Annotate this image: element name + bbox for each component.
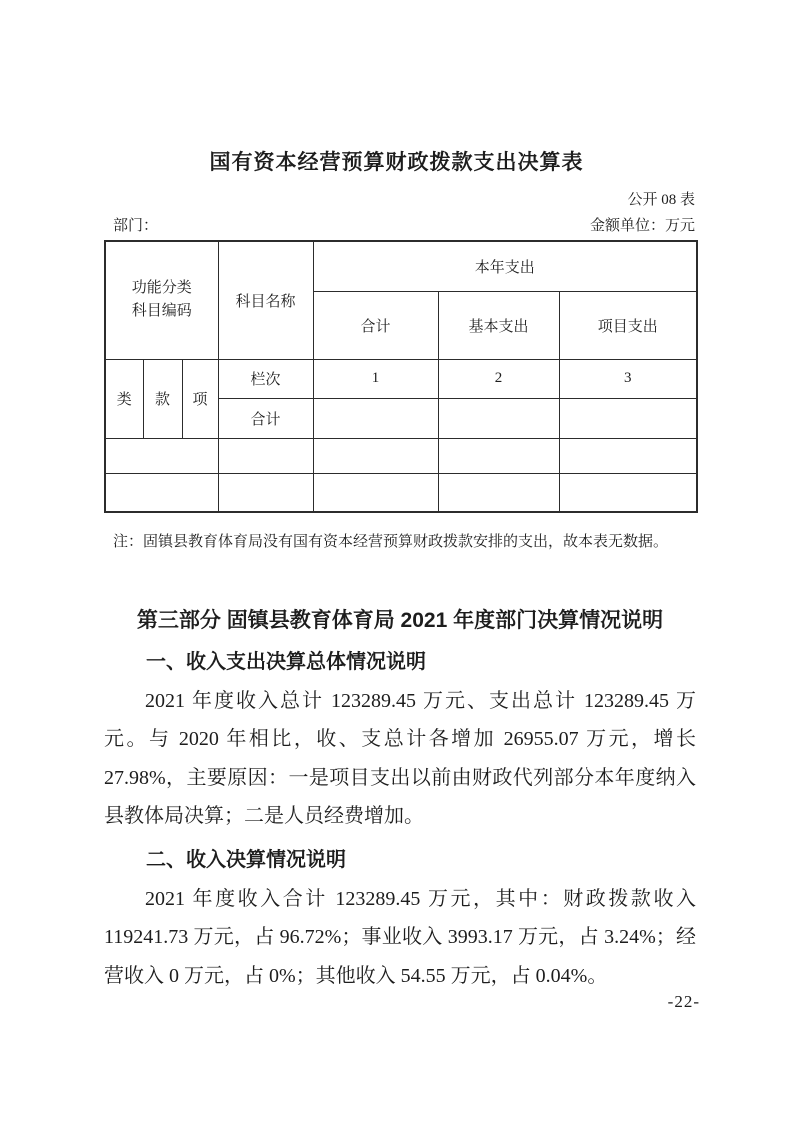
column-index-1-cell: 1 bbox=[313, 359, 438, 398]
column-index-3-cell: 3 bbox=[559, 359, 697, 398]
section2-paragraph: 2021 年度收入合计 123289.45 万元，其中：财政拨款收入 11924… bbox=[104, 880, 696, 995]
basic-expenditure-header-cell: 基本支出 bbox=[438, 291, 559, 359]
empty-cell bbox=[313, 473, 438, 512]
empty-data-row bbox=[105, 473, 697, 512]
empty-data-row bbox=[105, 438, 697, 473]
empty-cell bbox=[438, 473, 559, 512]
form-number: 公开 08 表 bbox=[627, 188, 695, 209]
empty-cell bbox=[559, 398, 697, 438]
section1-heading: 一、收入支出决算总体情况说明 bbox=[146, 645, 426, 674]
amount-unit-label: 金额单位：万元 bbox=[590, 214, 695, 235]
empty-cell bbox=[218, 473, 313, 512]
page-number: -22- bbox=[668, 992, 700, 1012]
column-index-2-cell: 2 bbox=[438, 359, 559, 398]
func-code-header-cell: 功能分类 科目编码 bbox=[105, 241, 218, 359]
section1-paragraph: 2021 年度收入总计 123289.45 万元、支出总计 123289.45 … bbox=[104, 682, 696, 836]
total-header-cell: 合计 bbox=[313, 291, 438, 359]
current-year-expenditure-header-cell: 本年支出 bbox=[313, 241, 697, 291]
empty-cell bbox=[105, 473, 218, 512]
total-row-label-cell: 合计 bbox=[218, 398, 313, 438]
empty-cell bbox=[438, 438, 559, 473]
empty-cell bbox=[218, 438, 313, 473]
empty-cell bbox=[313, 438, 438, 473]
table-header-row-1: 功能分类 科目编码 科目名称 本年支出 bbox=[105, 241, 697, 291]
department-label: 部门： bbox=[113, 214, 158, 235]
part3-title: 第三部分 固镇县教育体育局 2021 年度部门决算情况说明 bbox=[104, 604, 696, 634]
empty-cell bbox=[559, 438, 697, 473]
column-index-label-cell: 栏次 bbox=[218, 359, 313, 398]
subject-name-header-cell: 科目名称 bbox=[218, 241, 313, 359]
document-page: 国有资本经营预算财政拨款支出决算表 公开 08 表 部门： 金额单位：万元 功能… bbox=[0, 0, 793, 1122]
project-expenditure-header-cell: 项目支出 bbox=[559, 291, 697, 359]
empty-cell bbox=[438, 398, 559, 438]
empty-cell bbox=[105, 438, 218, 473]
column-index-row: 类 款 项 栏次 1 2 3 bbox=[105, 359, 697, 398]
section2-heading: 二、收入决算情况说明 bbox=[146, 843, 346, 872]
empty-cell bbox=[559, 473, 697, 512]
class-header-cell: 类 bbox=[105, 359, 143, 438]
item-header-cell: 项 bbox=[182, 359, 218, 438]
empty-cell bbox=[313, 398, 438, 438]
section-header-cell: 款 bbox=[143, 359, 182, 438]
budget-table: 功能分类 科目编码 科目名称 本年支出 合计 基本支出 项目支出 类 款 项 栏… bbox=[104, 240, 698, 513]
table-note: 注：固镇县教育体育局没有国有资本经营预算财政拨款安排的支出，故本表无数据。 bbox=[113, 531, 673, 553]
document-title: 国有资本经营预算财政拨款支出决算表 bbox=[0, 146, 793, 176]
